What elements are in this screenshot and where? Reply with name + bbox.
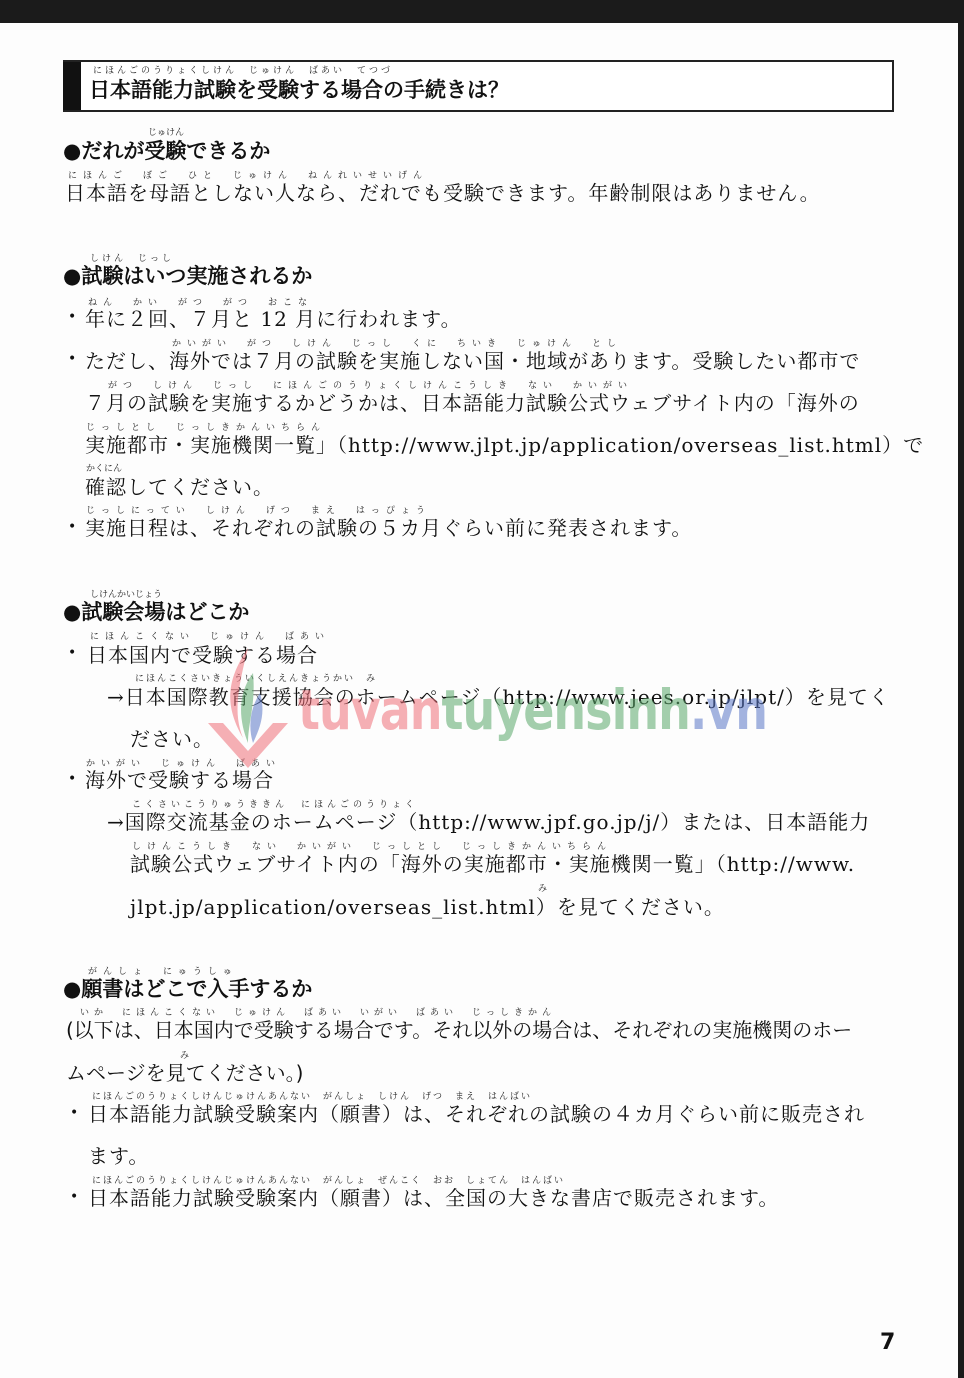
link-line: ださい。: [130, 723, 214, 752]
bullet-icon: •: [70, 1189, 78, 1205]
bullet-icon: •: [68, 519, 76, 535]
page-number: 7: [880, 1330, 895, 1355]
bullet-icon: •: [68, 645, 76, 661]
bullet-icon: •: [70, 1105, 78, 1121]
bullet-line: 確認してください。: [85, 471, 274, 500]
note-line: ムページを見てください。): [66, 1057, 303, 1086]
bullet-icon: •: [68, 351, 76, 367]
bullet-icon: •: [68, 771, 76, 787]
bullet-icon: •: [68, 309, 76, 325]
bullet-line: 日本語能力試験受験案内（願書）は、全国の大きな書店で販売されます。: [88, 1182, 779, 1211]
title-accent-bar: [63, 62, 81, 110]
page-title: 日本語能力試験を受験する場合の手続きは？: [89, 74, 509, 104]
link-line: 試験公式ウェブサイト内の「海外の実施都市・実施機関一覧」（http://www.: [130, 848, 855, 877]
section-heading-when: ●試験はいつ実施されるか: [63, 260, 312, 290]
link-line: jlpt.jp/application/overseas_list.html）を…: [130, 891, 725, 920]
document-page: にほんごのうりょくしけん じゅけん ばあい てつづ 日本語能力試験を受験する場合…: [0, 23, 958, 1378]
bullet-line: 実施日程は、それぞれの試験の５カ月ぐらい前に発表されます。: [85, 512, 692, 541]
section-heading-where: ●試験会場はどこか: [63, 596, 249, 626]
bullet-label: 日本国内で受験する場合: [87, 639, 318, 668]
note-line: (以下は、日本国内で受験する場合です。それ以外の場合は、それぞれの実施機関のホー: [66, 1014, 852, 1043]
bullet-line: 日本語能力試験受験案内（願書）は、それぞれの試験の４カ月ぐらい前に販売され: [88, 1098, 865, 1127]
bullet-line: ７月の試験を実施するかどうかは、日本語能力試験公式ウェブサイト内の「海外の: [85, 387, 860, 416]
section-heading-who: ●だれが受験できるか: [63, 135, 270, 165]
bullet-line: 年に２回、７月と 12 月に行われます。: [85, 303, 462, 332]
title-box: にほんごのうりょくしけん じゅけん ばあい てつづ 日本語能力試験を受験する場合…: [63, 60, 894, 112]
link-line: →日本国際教育支援協会のホームページ（http://www.jees.or.jp…: [107, 681, 890, 710]
section-heading-application: ●願書はどこで入手するか: [63, 973, 312, 1003]
bullet-line: 実施都市・実施機関一覧」（http://www.jlpt.jp/applicat…: [85, 429, 924, 458]
bullet-line: ただし、海外では７月の試験を実施しない国・地域があります。受験したい都市で: [85, 345, 860, 374]
link-line: →国際交流基金のホームページ（http://www.jpf.go.jp/j/）ま…: [107, 806, 870, 835]
body-line: 日本語を母語としない人なら、だれでも受験できます。年齢制限はありません。: [65, 177, 821, 206]
bullet-label: 海外で受験する場合: [85, 764, 274, 793]
bullet-line: ます。: [88, 1140, 149, 1169]
